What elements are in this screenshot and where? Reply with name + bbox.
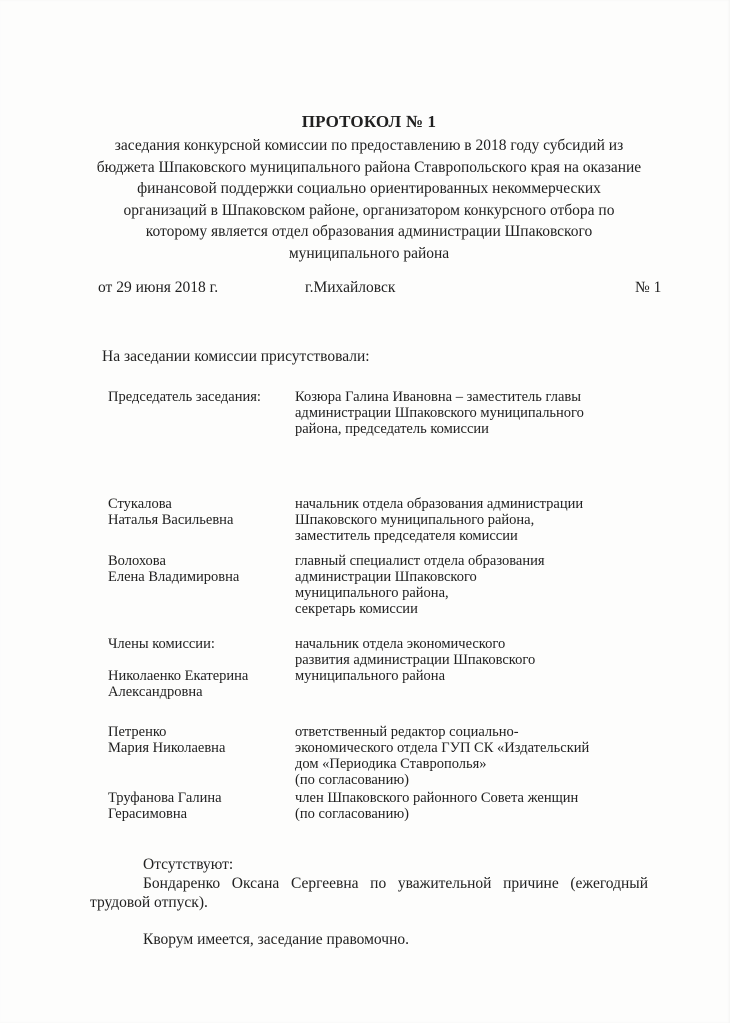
attendees-heading: На заседании комиссии присутствовали: — [102, 348, 648, 366]
document-title: ПРОТОКОЛ № 1 — [90, 112, 648, 132]
attendee-description: Козюра Галина Ивановна – заместитель гла… — [295, 389, 648, 437]
members-label: Члены комиссии: — [108, 636, 295, 652]
attendee-description: ответственный редактор социально- эконом… — [295, 724, 648, 788]
attendee-description: член Шпаковского районного Совета женщин… — [295, 790, 648, 822]
attendee-name-group: Члены комиссии: Николаенко Екатерина Але… — [108, 620, 295, 716]
attendee-row-petrenko: Петренко Мария Николаевна ответственный … — [90, 724, 648, 788]
document-city: г.Михайловск — [305, 279, 395, 297]
document-date: от 29 июня 2018 г. — [98, 279, 218, 297]
attendee-description: главный специалист отдела образования ад… — [295, 553, 648, 617]
closing-section: Отсутствуют: Бондаренко Оксана Сергеевна… — [90, 855, 648, 949]
attendee-name: Волохова Елена Владимировна — [108, 553, 295, 617]
dateline: от 29 июня 2018 г. г.Михайловск № 1 — [90, 279, 648, 296]
scanned-document-page: ПРОТОКОЛ № 1 заседания конкурсной комисс… — [0, 0, 730, 1023]
intro-paragraph: заседания конкурсной комиссии по предост… — [90, 135, 648, 264]
absent-text: Бондаренко Оксана Сергеевна по уважитель… — [90, 874, 648, 912]
attendee-name: Николаенко Екатерина Александровна — [108, 668, 295, 700]
attendee-name: Стукалова Наталья Васильевна — [108, 496, 295, 544]
attendee-row-nikolaenko: Члены комиссии: Николаенко Екатерина Але… — [90, 620, 648, 716]
attendees-list: Председатель заседания: Козюра Галина Ив… — [90, 389, 648, 822]
absent-heading: Отсутствуют: — [90, 855, 648, 874]
attendee-row-chairman: Председатель заседания: Козюра Галина Ив… — [90, 389, 648, 437]
document-content: ПРОТОКОЛ № 1 заседания конкурсной комисс… — [90, 112, 648, 949]
attendee-row-stukalova: Стукалова Наталья Васильевна начальник о… — [90, 496, 648, 544]
quorum-text: Кворум имеется, заседание правомочно. — [90, 930, 648, 949]
attendee-role: Председатель заседания: — [108, 389, 295, 437]
attendee-name: Петренко Мария Николаевна — [108, 724, 295, 788]
attendee-description: начальник отдела образования администрац… — [295, 496, 648, 544]
document-number: № 1 — [635, 279, 661, 297]
attendee-row-trufanova: Труфанова Галина Герасимовна член Шпаков… — [90, 790, 648, 822]
attendee-name: Труфанова Галина Герасимовна — [108, 790, 295, 822]
attendee-row-volokhova: Волохова Елена Владимировна главный спец… — [90, 553, 648, 617]
attendee-description: начальник отдела экономического развития… — [295, 620, 648, 716]
